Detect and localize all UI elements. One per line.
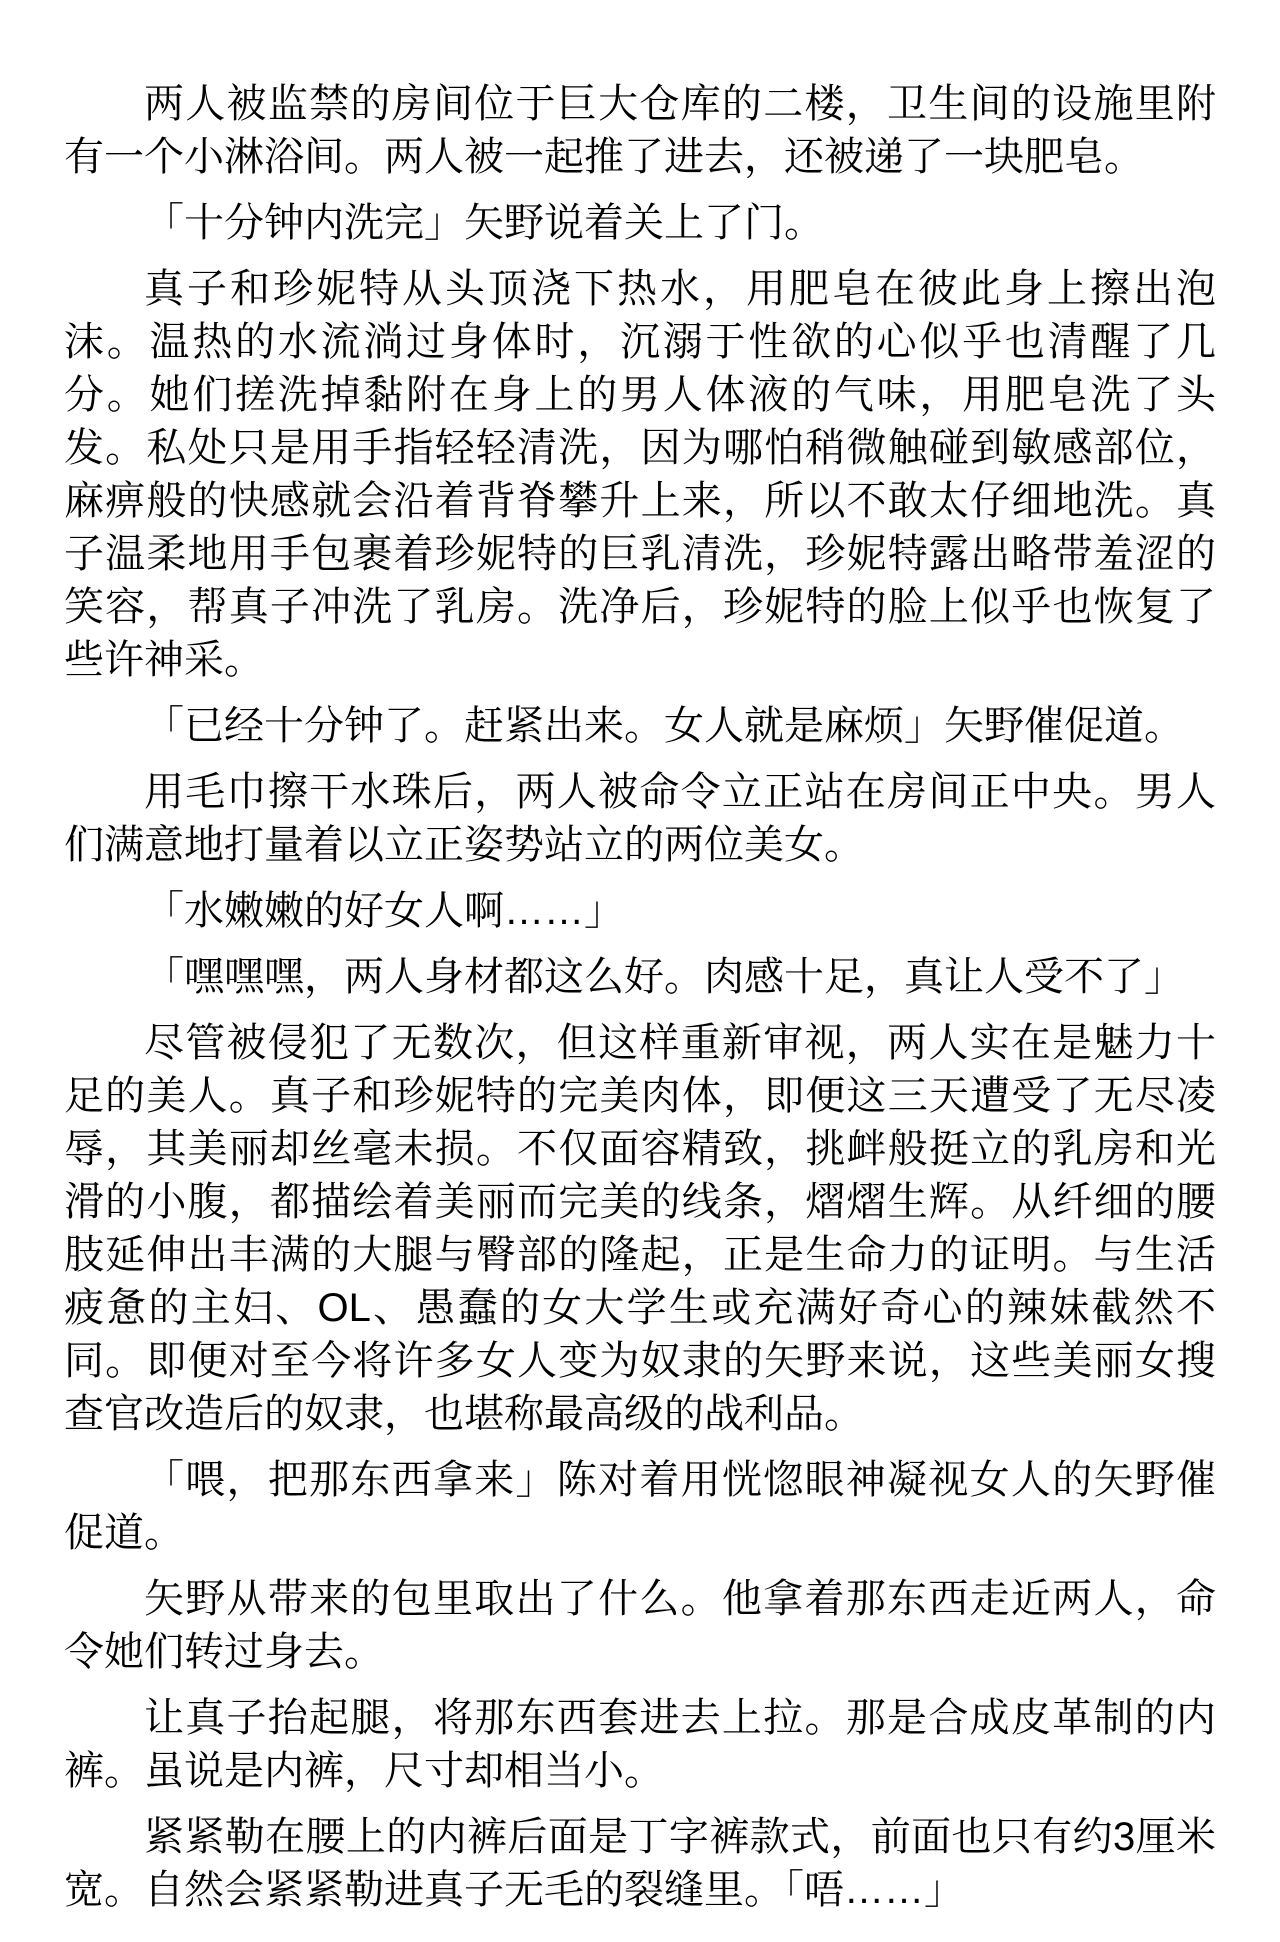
paragraph: 尽管被侵犯了无数次，但这样重新审视，两人实在是魅力十足的美人。真子和珍妮特的完美… bbox=[64, 1017, 1216, 1441]
paragraph: 真子和珍妮特从头顶浇下热水，用肥皂在彼此身上擦出泡沫。温热的水流淌过身体时，沉溺… bbox=[64, 263, 1216, 687]
paragraph: 两人被监禁的房间位于巨大仓库的二楼，卫生间的设施里附有一个小淋浴间。两人被一起推… bbox=[64, 78, 1216, 184]
paragraph: 「已经十分钟了。赶紧出来。女人就是麻烦」矢野催促道。 bbox=[64, 700, 1216, 753]
paragraph: 让真子抬起腿，将那东西套进去上拉。那是合成皮革制的内裤。虽说是内裤，尺寸却相当小… bbox=[64, 1692, 1216, 1798]
text-content: 两人被监禁的房间位于巨大仓库的二楼，卫生间的设施里附有一个小淋浴间。两人被一起推… bbox=[64, 78, 1216, 1917]
paragraph: 「喂，把那东西拿来」陈对着用恍惚眼神凝视女人的矢野催促道。 bbox=[64, 1454, 1216, 1560]
paragraph: 「十分钟内洗完」矢野说着关上了门。 bbox=[64, 197, 1216, 250]
paragraph: 「水嫩嫩的好女人啊……」 bbox=[64, 885, 1216, 938]
ebook-page: 两人被监禁的房间位于巨大仓库的二楼，卫生间的设施里附有一个小淋浴间。两人被一起推… bbox=[0, 0, 1280, 1942]
paragraph: 紧紧勒在腰上的内裤后面是丁字裤款式，前面也只有约3厘米宽。自然会紧紧勒进真子无毛… bbox=[64, 1811, 1216, 1917]
paragraph: 用毛巾擦干水珠后，两人被命令立正站在房间正中央。男人们满意地打量着以立正姿势站立… bbox=[64, 766, 1216, 872]
paragraph: 矢野从带来的包里取出了什么。他拿着那东西走近两人，命令她们转过身去。 bbox=[64, 1573, 1216, 1679]
paragraph: 「嘿嘿嘿，两人身材都这么好。肉感十足，真让人受不了」 bbox=[64, 951, 1216, 1004]
